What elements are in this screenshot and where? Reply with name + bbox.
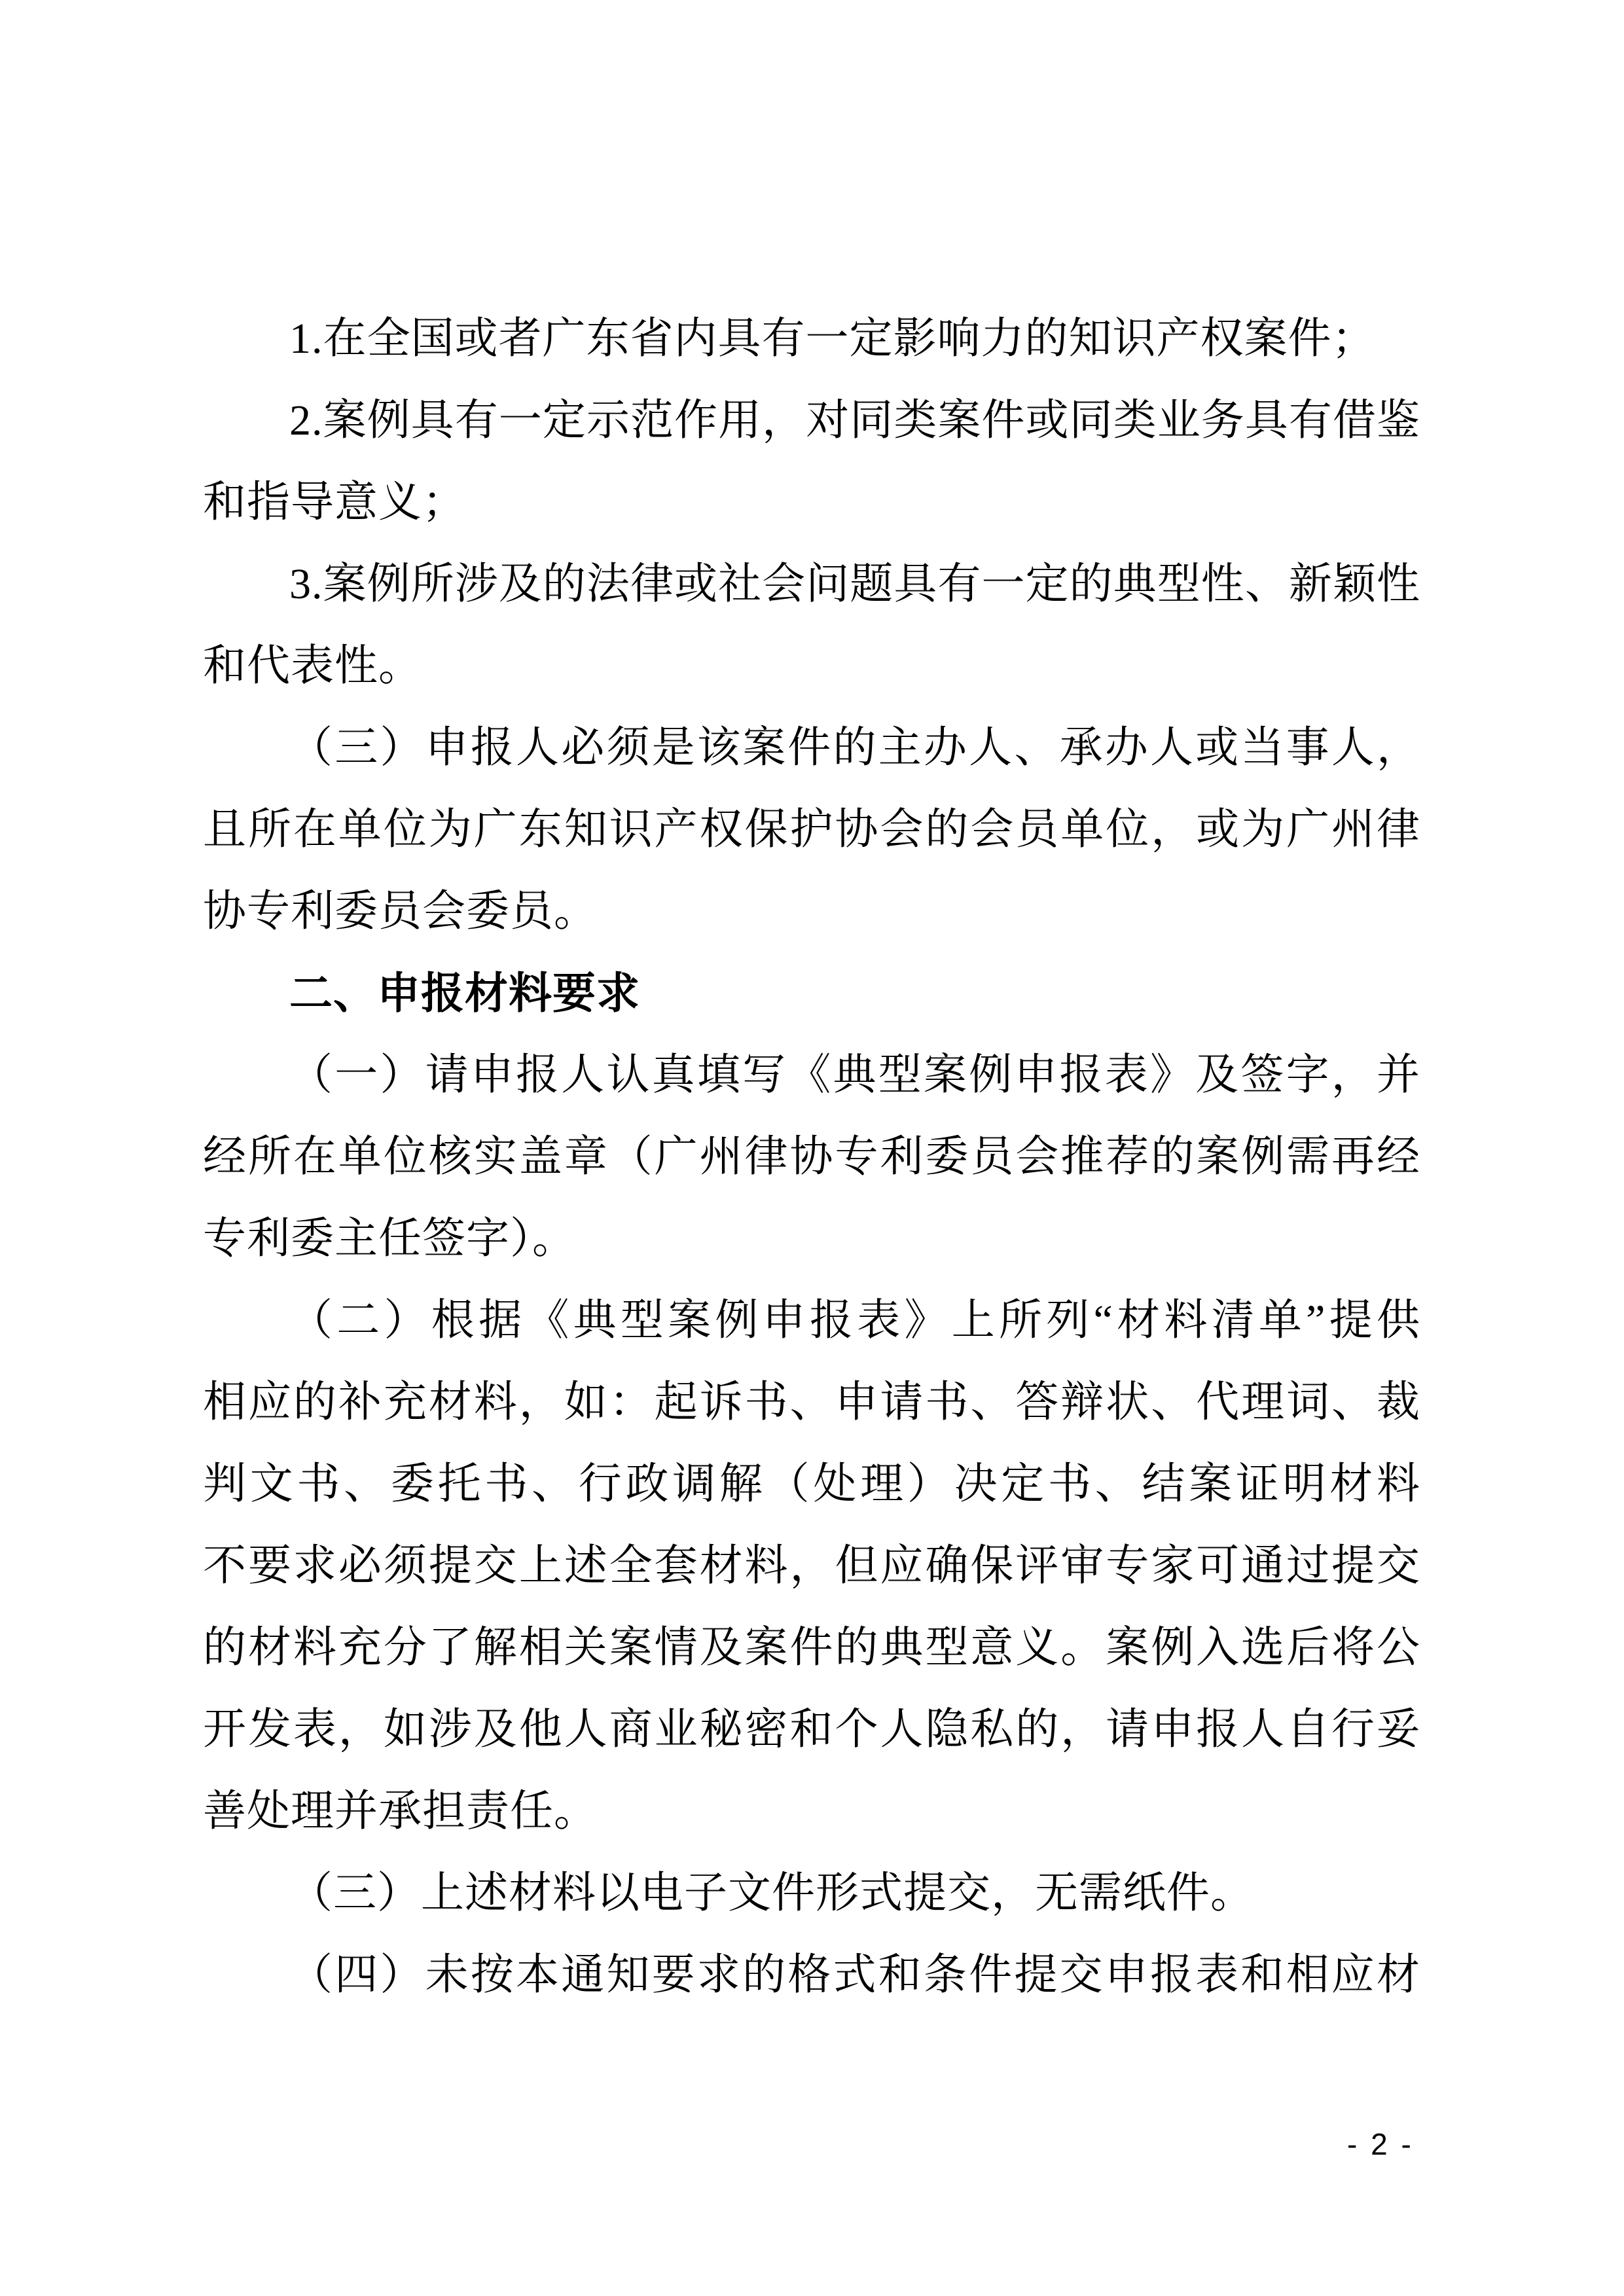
- body-line-item-3: 3.案例所涉及的法律或社会问题具有一定的典型性、新颖性: [203, 543, 1420, 625]
- body-line-item-2-cont: 和指导意义；: [203, 461, 1420, 543]
- document-page: 1.在全国或者广东省内具有一定影响力的知识产权案件； 2.案例具有一定示范作用，…: [0, 0, 1624, 2296]
- section-heading: 二、申报材料要求: [203, 952, 1420, 1034]
- body-line-clause-2-cont-2: 判文书、委托书、行政调解（处理）决定书、结案证明材料等，: [203, 1443, 1420, 1525]
- body-line-item-2: 2.案例具有一定示范作用，对同类案件或同类业务具有借鉴: [203, 380, 1420, 461]
- page-number: - 2 -: [1347, 2126, 1414, 2162]
- body-line-clause-3: （三）申报人必须是该案件的主办人、承办人或当事人，: [203, 707, 1420, 789]
- body-line-item-1: 1.在全国或者广东省内具有一定影响力的知识产权案件；: [203, 298, 1420, 380]
- body-line-clause-2-cont-4: 的材料充分了解相关案情及案件的典型意义。案例入选后将公: [203, 1607, 1420, 1689]
- body-line-clause-3-end: 协专利委员会委员。: [203, 870, 1420, 952]
- body-line-clause-1-cont: 经所在单位核实盖章（广州律协专利委员会推荐的案例需再经: [203, 1116, 1420, 1198]
- body-line-clause-2-cont-5: 开发表，如涉及他人商业秘密和个人隐私的，请申报人自行妥: [203, 1689, 1420, 1770]
- body-line-clause-4: （四）未按本通知要求的格式和条件提交申报表和相应材: [203, 1934, 1420, 2016]
- body-line-clause-3-cont: 且所在单位为广东知识产权保护协会的会员单位，或为广州律: [203, 789, 1420, 870]
- body-line-clause-2-end: 善处理并承担责任。: [203, 1770, 1420, 1852]
- body-line-clause-1: （一）请申报人认真填写《典型案例申报表》及签字，并: [203, 1034, 1420, 1116]
- body-line-clause-2: （二）根据《典型案例申报表》上所列“材料清单”提供: [203, 1280, 1420, 1361]
- body-line-clause-1-end: 专利委主任签字）。: [203, 1198, 1420, 1280]
- body-line-item-3-cont: 和代表性。: [203, 625, 1420, 707]
- document-body: 1.在全国或者广东省内具有一定影响力的知识产权案件； 2.案例具有一定示范作用，…: [203, 298, 1420, 2016]
- body-line-clause-2-cont-1: 相应的补充材料，如：起诉书、申请书、答辩状、代理词、裁: [203, 1361, 1420, 1443]
- body-line-clause-2-cont-3: 不要求必须提交上述全套材料，但应确保评审专家可通过提交: [203, 1525, 1420, 1607]
- body-line-clause-3b: （三）上述材料以电子文件形式提交，无需纸件。: [203, 1852, 1420, 1934]
